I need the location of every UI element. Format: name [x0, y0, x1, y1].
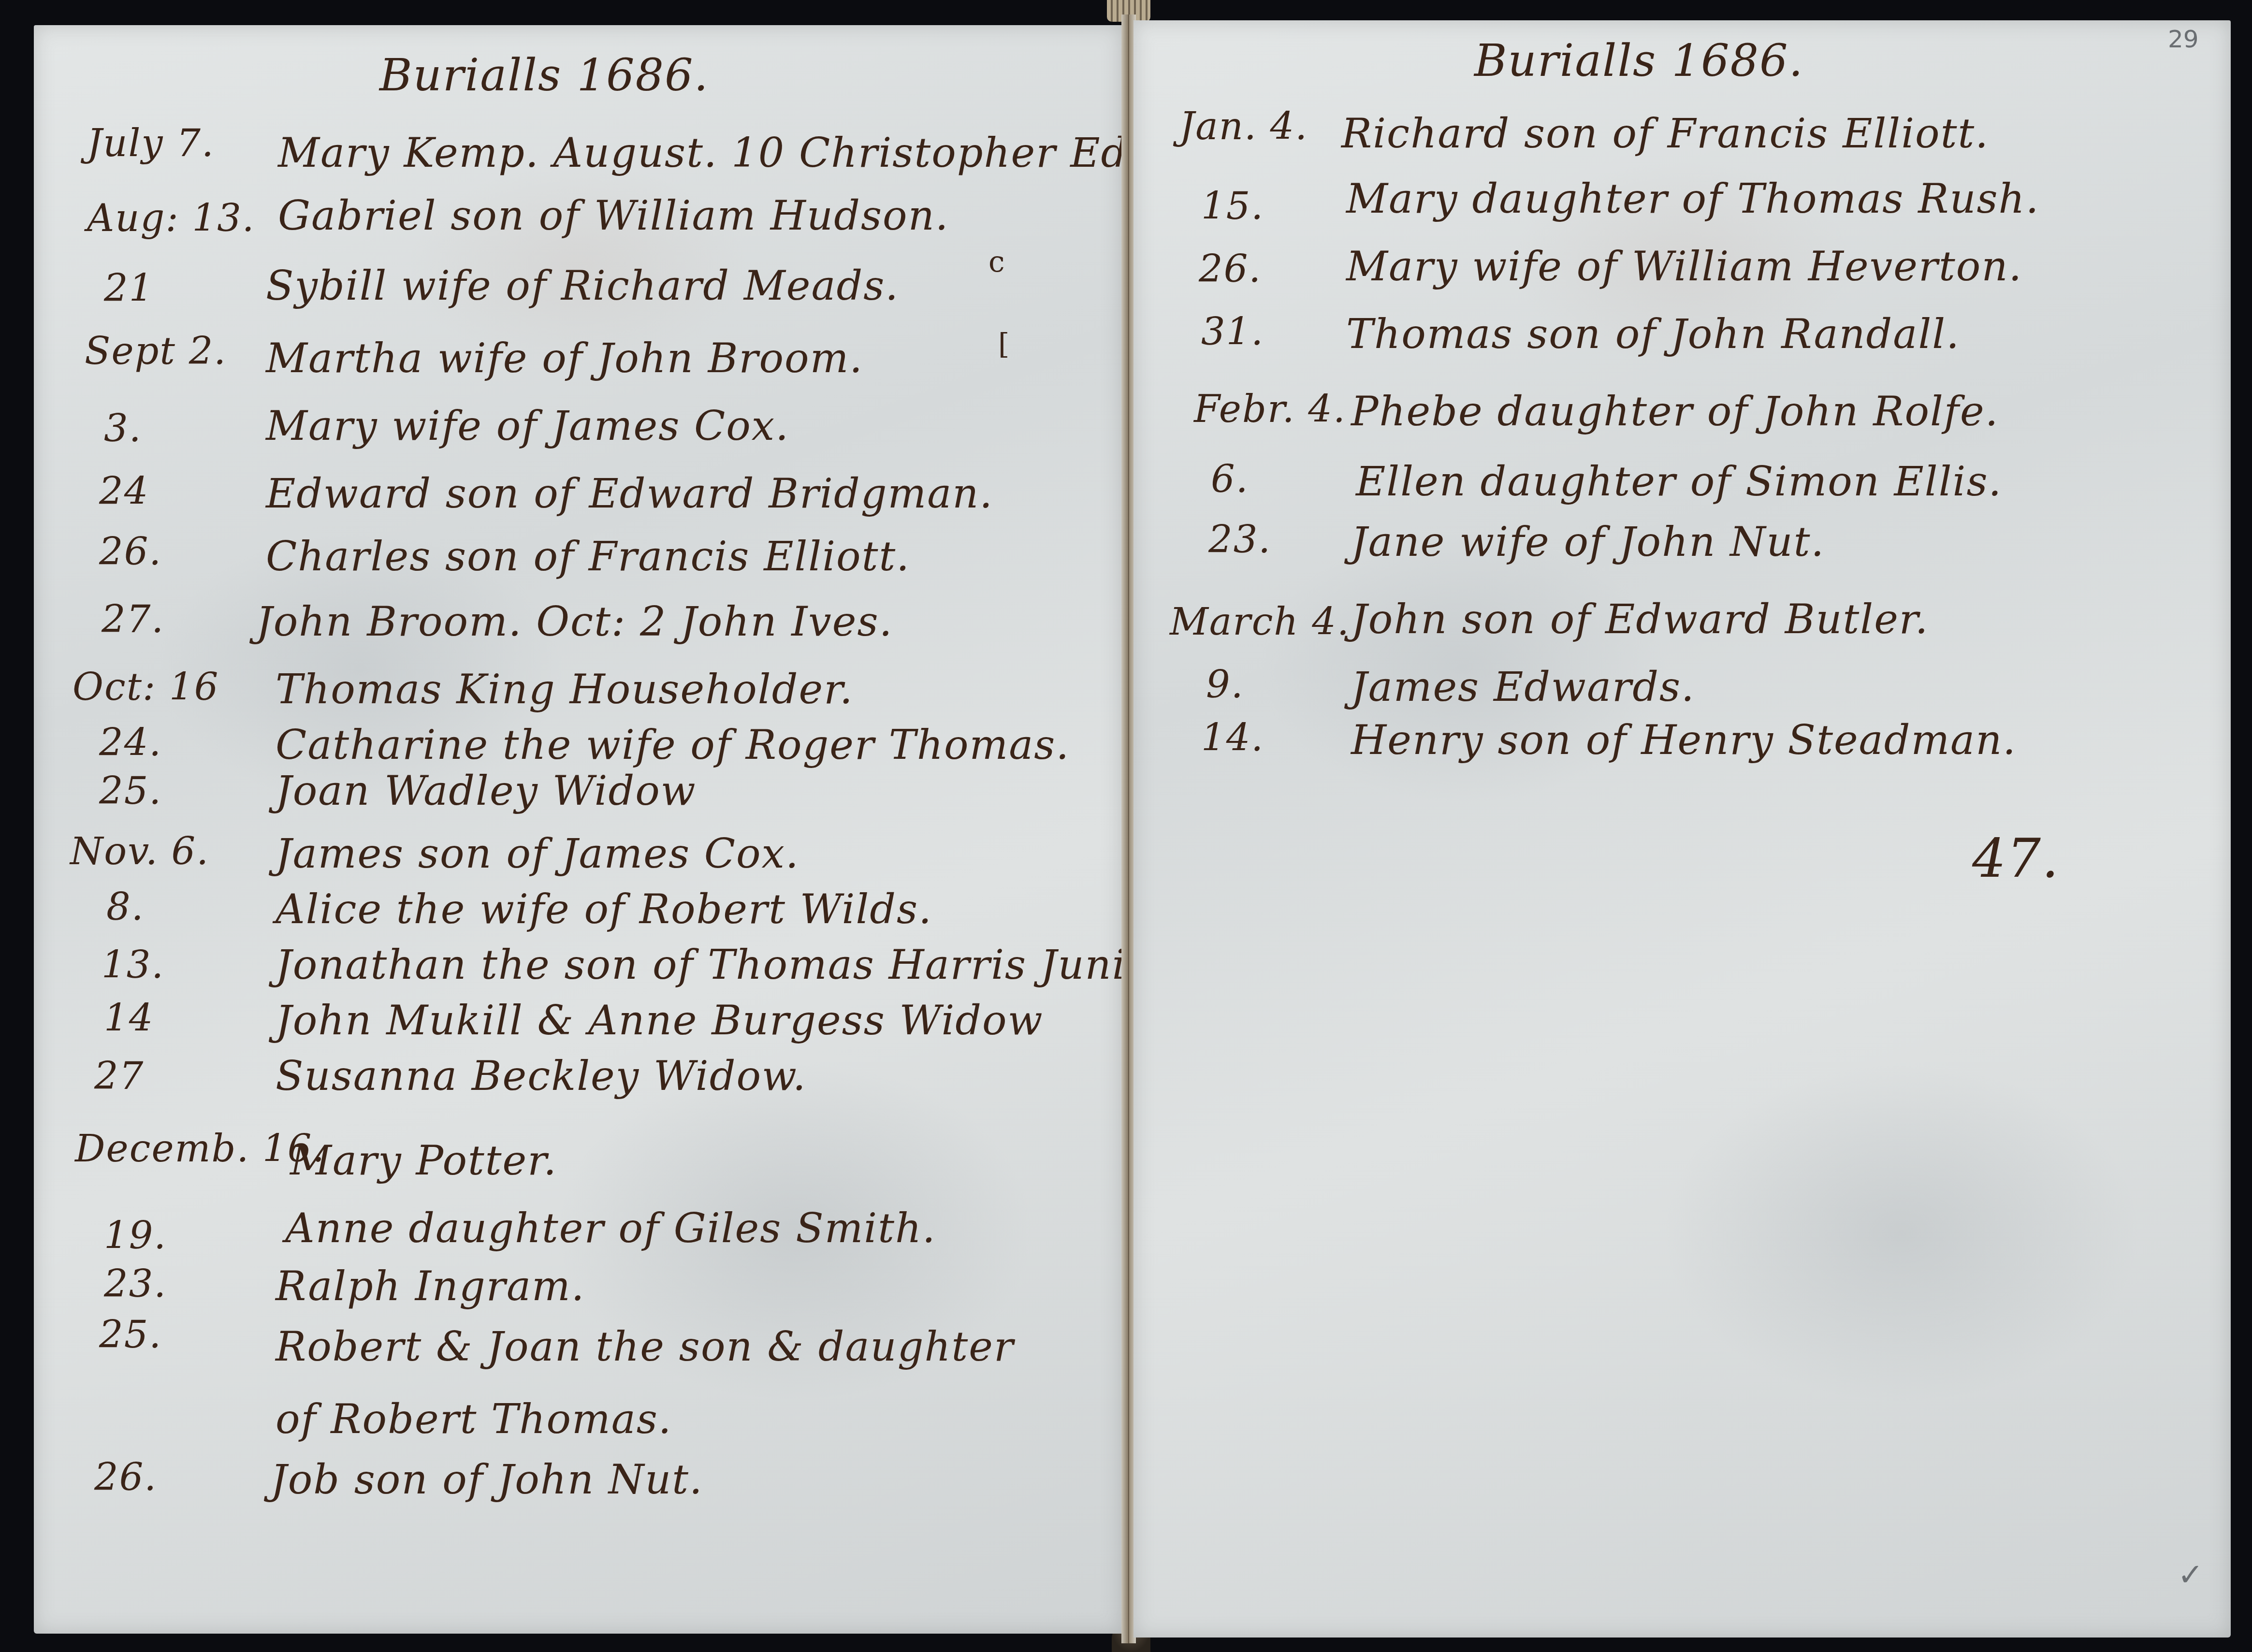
entry-date: 31. [1201, 310, 1264, 354]
entry-date: 6. [1211, 458, 1249, 501]
entry-date: 14. [1201, 716, 1264, 760]
entry-date: 24. [99, 721, 162, 765]
folio-number: 29 [2168, 25, 2199, 53]
entry-text: Mary wife of William Heverton. [1346, 243, 2022, 290]
entry-text: Thomas King Householder. [276, 666, 854, 713]
entry-text: Sybill wife of Richard Meads. [266, 262, 899, 309]
entry-text: Edward son of Edward Bridgman. [266, 470, 993, 517]
left-page: Burialls 1686. July 7. Mary Kemp. August… [34, 25, 1121, 1634]
entry-text: Jonathan the son of Thomas Harris Junior… [276, 941, 1181, 988]
entry-date: 25. [99, 769, 162, 813]
entry-date: 26. [99, 530, 162, 574]
entry-date: 3. [104, 407, 142, 450]
entry-date: 27. [102, 598, 164, 641]
burial-total: 47. [1972, 827, 2060, 889]
entry-date: Sept 2. [85, 330, 227, 373]
entry-text: Gabriel son of William Hudson. [278, 192, 949, 239]
entry-text: Mary wife of James Cox. [266, 402, 789, 449]
entry-text: Henry son of Henry Steadman. [1351, 716, 2017, 764]
entry-date: 25. [99, 1313, 162, 1357]
entry-text: Job son of John Nut. [271, 1456, 703, 1503]
entry-text: Richard son of Francis Elliott. [1341, 110, 1989, 157]
entry-date: 24 [99, 470, 149, 513]
right-page-heading: Burialls 1686. [1474, 35, 1804, 87]
entry-text: John Broom. Oct: 2 John Ives. [256, 598, 893, 645]
entry-text: Susanna Beckley Widow. [276, 1052, 807, 1100]
entry-text: Robert & Joan the son & daughter [276, 1323, 1014, 1370]
left-page-heading: Burialls 1686. [379, 49, 709, 101]
entry-date: July 7. [87, 122, 215, 165]
entry-text: Catharine the wife of Roger Thomas. [276, 721, 1070, 768]
ink-mark: c [988, 245, 1005, 279]
entry-date: 14 [104, 997, 154, 1040]
entry-text: Mary Kemp. August. 10 Christopher Edward… [278, 129, 1258, 176]
entry-date: 13. [102, 943, 164, 987]
entry-text: Mary daughter of Thomas Rush. [1346, 175, 2039, 222]
entry-date: 27 [94, 1055, 144, 1098]
entry-text: Charles son of Francis Elliott. [266, 533, 910, 580]
entry-date: Decemb. 16. [75, 1127, 325, 1171]
entry-text: Alice the wife of Robert Wilds. [276, 885, 932, 933]
entry-date: 8. [106, 885, 144, 929]
entry-date: 21 [104, 267, 154, 310]
entry-date: Oct: 16 [73, 666, 219, 709]
entry-date: Aug: 13. [87, 197, 255, 240]
entry-text: Anne daughter of Giles Smith. [285, 1204, 936, 1252]
book-spread: Burialls 1686. July 7. Mary Kemp. August… [0, 0, 2252, 1652]
entry-date: 26. [1199, 247, 1262, 291]
entry-date: March 4. [1170, 600, 1350, 644]
entry-date: Jan. 4. [1179, 105, 1308, 148]
entry-date: 23. [104, 1262, 167, 1306]
entry-date: 26. [94, 1456, 157, 1499]
entry-text: Phebe daughter of John Rolfe. [1351, 388, 1999, 435]
entry-text: Ralph Ingram. [276, 1262, 585, 1310]
entry-text: Joan Wadley Widow [276, 767, 697, 814]
entry-text: James Edwards. [1351, 663, 1695, 710]
entry-date: 15. [1201, 185, 1264, 228]
entry-text: Mary Potter. [290, 1137, 557, 1184]
entry-text: Thomas son of John Randall. [1346, 310, 1960, 358]
entry-text: Ellen daughter of Simon Ellis. [1356, 458, 2002, 505]
entry-text: John son of Edward Butler. [1351, 595, 1929, 643]
entry-text: Jane wife of John Nut. [1351, 518, 1825, 565]
entry-text: Martha wife of John Broom. [266, 334, 863, 382]
entry-text: John Mukill & Anne Burgess Widow [276, 997, 1044, 1044]
entry-date: 23. [1208, 518, 1271, 562]
entry-date: Nov. 6. [70, 830, 209, 873]
right-page: 29 Burialls 1686. Jan. 4. Richard son of… [1133, 20, 2231, 1638]
ink-mark: [ [998, 327, 1009, 361]
entry-date: Febr. 4. [1194, 388, 1346, 431]
entry-date: 9. [1206, 663, 1244, 707]
pencil-check-mark: ✓ [2178, 1557, 2204, 1593]
entry-date: 19. [104, 1214, 167, 1258]
entry-text-continuation: of Robert Thomas. [276, 1395, 672, 1443]
entry-text: James son of James Cox. [276, 830, 799, 877]
